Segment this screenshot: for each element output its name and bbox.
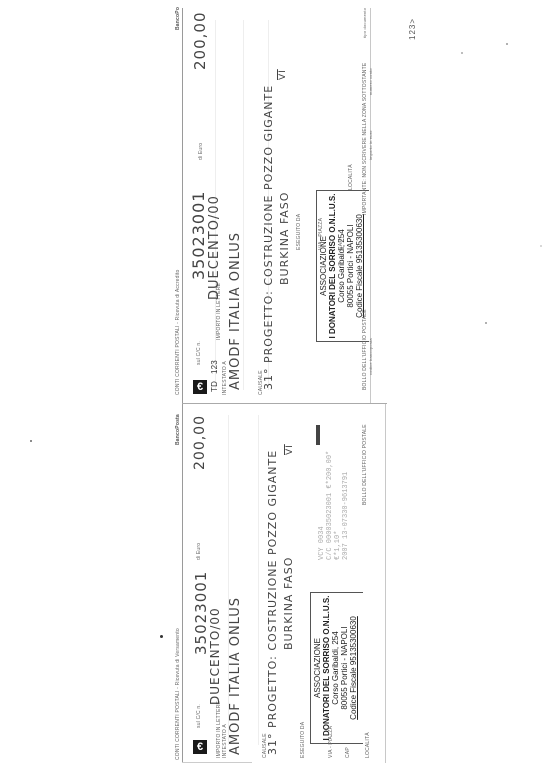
credit-doc-type-label: tipo documento [362,8,367,38]
credit-currency-label: di Euro [198,143,204,160]
receipt-locality-label: LOCALITÀ [365,732,371,758]
credit-td-value: 123 [210,360,219,374]
stamp-line3: Corso Garibaldi, 254 [331,595,340,741]
credit-warning-sub1: importo in euro [368,130,373,160]
credit-cap-label: CAP [338,239,344,250]
credit-payee: AMODF ITALIA ONLUS [228,232,243,390]
stamp-line3: Corso Garibaldi, 254 [337,193,346,339]
stamp-line5: Codice Fiscale 95135300630 [349,595,358,741]
euro-logo-icon-credit: € [193,380,207,394]
receipt-reason-mark: VI [285,444,295,455]
credit-warning-sub2: numero conto [368,68,373,95]
credit-reason-mark: VI [278,69,288,80]
credit-reason-line2: BURKINA FASO [278,192,291,285]
credit-reason-line1: 31° PROGETTO: COSTRUZIONE POZZO GIGANTE [262,85,275,390]
receipt-currency-label: di Euro [196,543,202,560]
form-bottom-line-receipt [385,403,386,763]
credit-street-label: VIA - PIAZZA [318,218,324,250]
receipt-amount: 200,00 [192,415,208,470]
receipt-printed-codes: VCY 0034 C/C 000035023001 €*200,00* €*1,… [318,451,350,560]
credit-office-stamp-sub: codice bancoposta [368,338,373,375]
euro-logo-icon: € [193,740,207,754]
printed-codes-bar [316,425,320,445]
receipt-reason-line2: BURKINA FASO [282,557,295,650]
stamp-line4: 80055 Portici - NAPOLI [346,193,355,339]
stamp-line1: ASSOCIAZIONE [313,595,322,741]
receipt-bottom-edge [182,762,252,763]
receipt-amount-words: DUECENTO/00 [208,607,222,705]
credit-amount: 200,00 [191,12,209,71]
stamp-line2: I DONATORI DEL SORRISO O.N.L.U.S. [328,193,337,339]
receipt-association-stamp: ASSOCIAZIONE I DONATORI DEL SORRISO O.N.… [310,592,363,744]
credit-slip-header: CONTI CORRENTI POSTALI - Ricevuta di Acc… [175,269,181,395]
page-number: 123> [408,18,417,40]
credit-account-number: 35023001 [189,191,208,280]
credit-td-label: TD [210,381,219,392]
receipt-header: CONTI CORRENTI POSTALI - Ricevuta di Ver… [175,628,181,760]
stamp-line1: ASSOCIAZIONE [319,193,328,339]
credit-account-label: sul C/C n. [196,341,202,365]
receipt-office-stamp-label: BOLLO DELL'UFFICIO POSTALE [362,424,368,505]
receipt-street-label: VIA - PIAZZA [328,726,334,758]
receipt-brand: BancoPosta [175,414,181,445]
receipt-payer-label: ESEGUITO DA [300,722,306,758]
form-left-border [182,8,183,763]
stamp-line4: 80055 Portici - NAPOLI [340,595,349,741]
credit-slip-brand: BancoPo [175,7,181,30]
receipt-cap-label: CAP [345,747,351,758]
receipt-reason-line1: 31° PROGETTO: COSTRUZIONE POZZO GIGANTE [266,450,279,755]
credit-amount-words: DUECENTO/00 [207,195,222,300]
receipt-account-label: sul C/C n. [196,704,202,728]
credit-payer-label: ESEGUITO DA [296,214,302,250]
section-divider [182,403,387,404]
receipt-payee: AMODF ITALIA ONLUS [228,597,243,755]
credit-locality-label: LOCALITÀ [348,164,354,190]
stamp-line2: I DONATORI DEL SORRISO O.N.L.U.S. [322,595,331,741]
